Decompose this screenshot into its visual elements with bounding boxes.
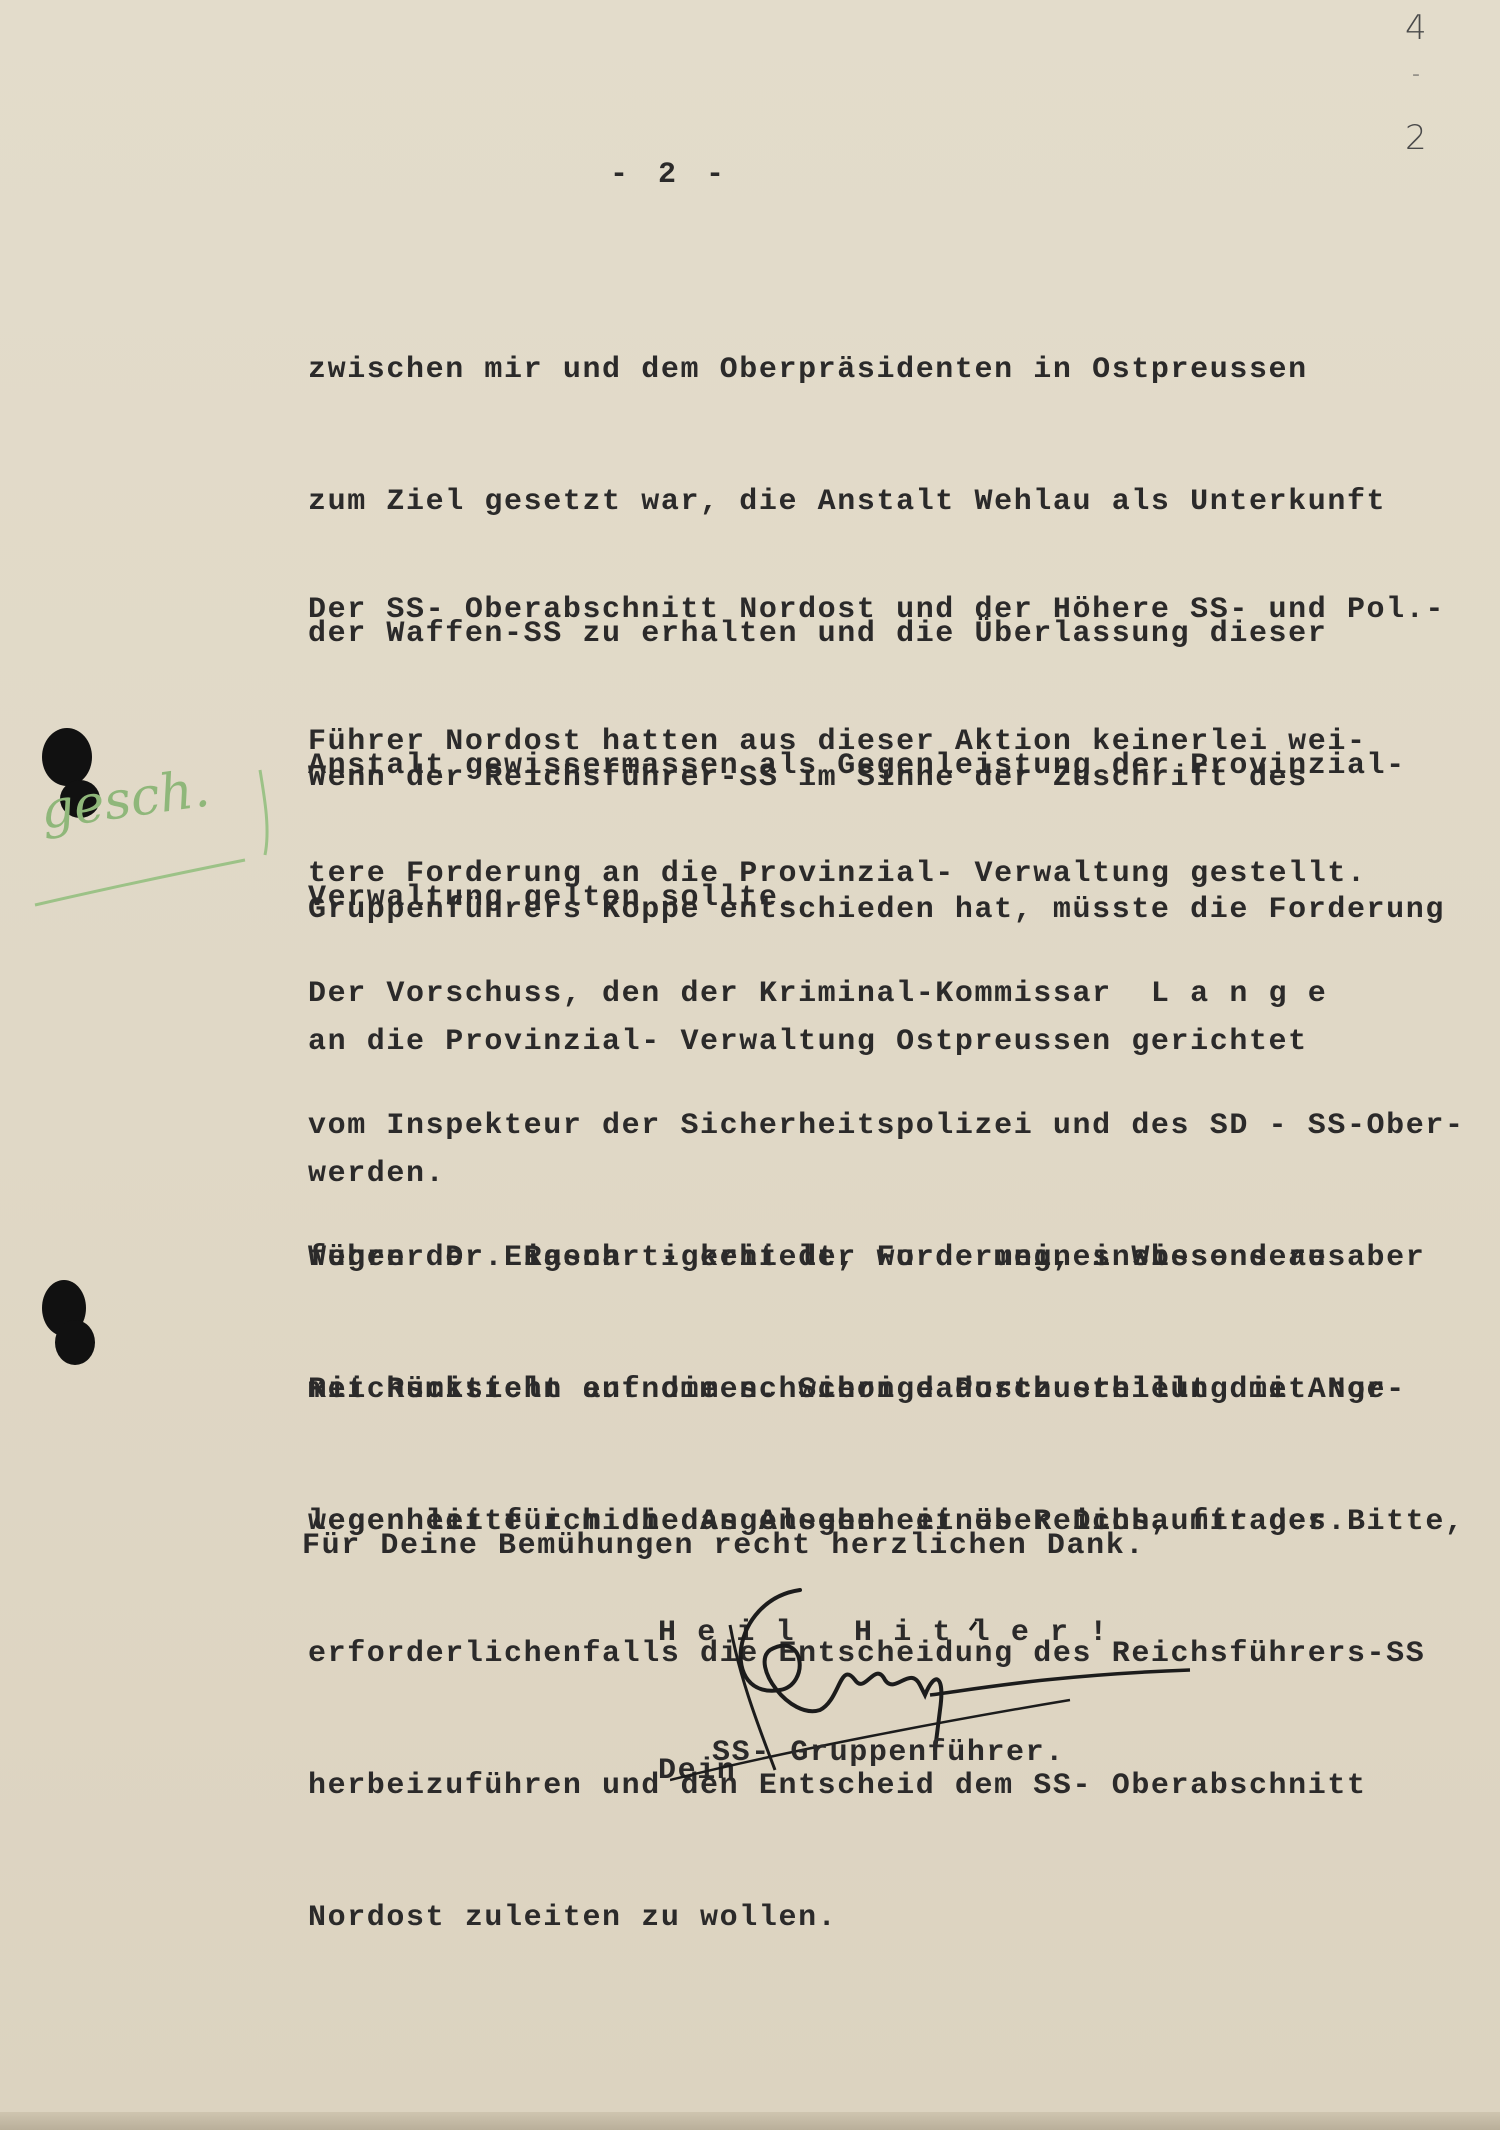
- text-line: Der SS- Oberabschnitt Nordost und der Hö…: [308, 588, 1445, 632]
- page-number: - 2 -: [610, 158, 730, 192]
- signatory-title: SS- Gruppenführer.: [712, 1736, 1065, 1770]
- document-page: 4 - 2 - 2 - zwischen mir und dem Oberprä…: [0, 0, 1500, 2130]
- archive-number-bottom: 2: [1405, 118, 1427, 158]
- text-line: vom Inspekteur der Sicherheitspolizei un…: [308, 1104, 1465, 1148]
- green-pencil-strokes: [20, 760, 280, 910]
- punch-hole-ink-blot: [55, 1320, 95, 1365]
- text-line: mit Rücksicht auf die schwierige Postzus…: [308, 1368, 1465, 1412]
- text-line: Wegen der Eigenartigkeit der Forderung, …: [308, 1236, 1465, 1280]
- archive-number-divider: -: [1412, 62, 1420, 87]
- text-line: Der Vorschuss, den der Kriminal-Kommissa…: [308, 972, 1465, 1016]
- text-line: zwischen mir und dem Oberpräsidenten in …: [308, 348, 1406, 392]
- text-line: Wenn der Reichsführer-SS im Sinne der Zu…: [308, 756, 1445, 800]
- page-bottom-edge: [0, 2112, 1500, 2130]
- text-line: Nordost zuleiten zu wollen.: [308, 1896, 1465, 1940]
- archive-number-top: 4: [1405, 8, 1427, 48]
